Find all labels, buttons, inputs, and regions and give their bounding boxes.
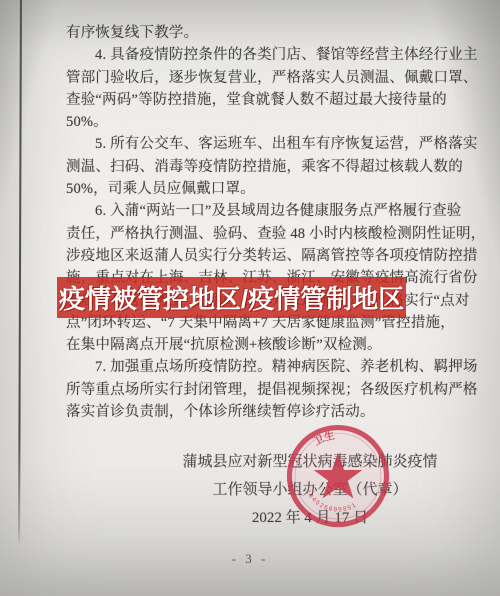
doc-line: 涉疫地区来返蒲人员实行分类转运、隔离管控等各项疫情防控措	[66, 245, 438, 267]
banner-label: 疫情被管控地区/疫情管制地区	[59, 279, 404, 316]
doc-line: 管部门验收后，逐步恢复营业，严格落实人员测温、佩戴口罩、	[66, 67, 438, 89]
epidemic-control-area-banner: 疫情被管控地区/疫情管制地区	[57, 277, 406, 318]
doc-line: 测温、扫码、消毒等疫情防控措施，乘客不得超过核载人数的	[66, 156, 438, 178]
doc-line: 50%。	[66, 111, 438, 133]
doc-line: 查验“两码”等防控措施，堂食就餐人数不超过最大接待量的	[66, 89, 438, 111]
doc-line: 5. 所有公交车、客运班车、出租车有序恢复运营，严格落实	[66, 133, 438, 155]
scanned-document-photo: 有序恢复线下教学。4. 具备疫情防控条件的各类门店、餐馆等经营主体经行业主管部门…	[0, 0, 500, 596]
doc-line: 所等重点场所实行封闭管理，提倡视频探视；各级医疗机构严格	[66, 379, 438, 401]
doc-line: 责任，严格执行测温、验码、查验 48 小时内核酸检测阴性证明，	[66, 223, 438, 245]
doc-line: 4. 具备疫情防控条件的各类门店、餐馆等经营主体经行业主	[66, 44, 438, 66]
doc-line: 6. 入蒲“两站一口”及县域周边各健康服务点严格履行查验	[66, 200, 438, 222]
doc-line: 50%，司乘人员应佩戴口罩。	[66, 178, 438, 200]
notice-body-text: 有序恢复线下教学。4. 具备疫情防控条件的各类门店、餐馆等经营主体经行业主管部门…	[66, 22, 438, 423]
doc-line: 有序恢复线下教学。	[66, 22, 438, 44]
doc-line: 7. 加强重点场所疫情防控。精神病医院、养老机构、羁押场	[66, 356, 438, 378]
official-seal-stamp-icon: 卫生 104626009891	[282, 420, 394, 534]
page-number: - 3 -	[0, 551, 500, 567]
doc-line: 在集中隔离点开展“抗原检测+核酸诊断”双检测。	[66, 334, 438, 356]
